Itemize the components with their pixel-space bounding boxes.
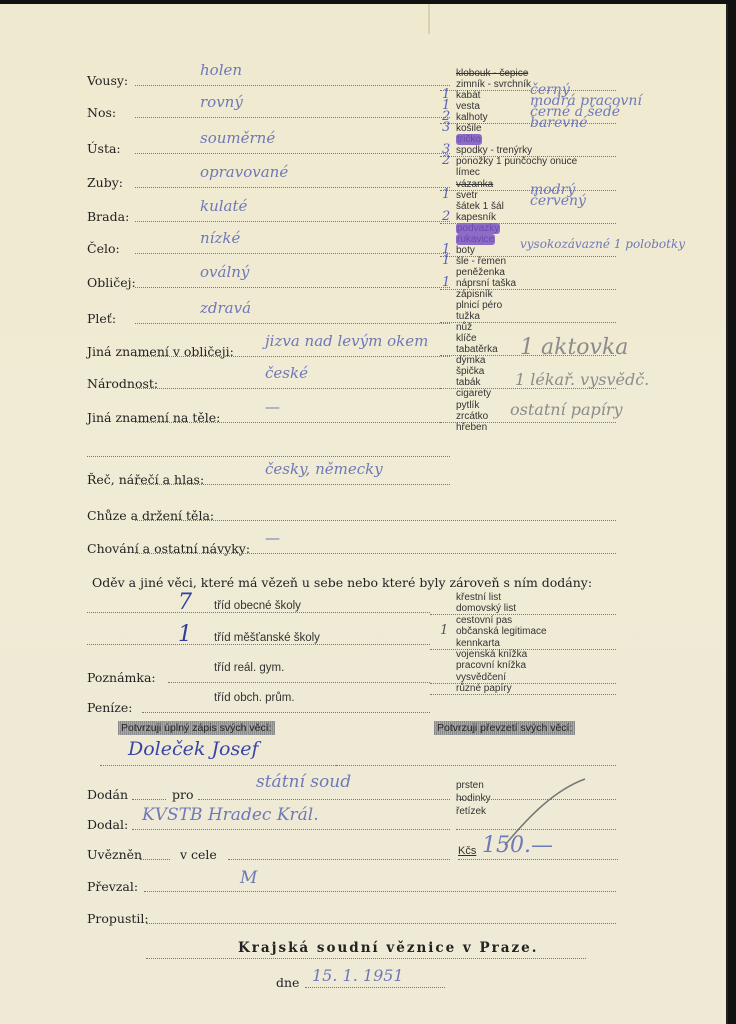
clothing-item: tričko: [456, 134, 482, 145]
field-label: Nos:: [87, 105, 116, 120]
wallet-note: 1 aktovka: [520, 335, 628, 360]
document-item: různé papíry: [456, 683, 512, 694]
poznamka-label: Poznámka:: [87, 670, 156, 685]
clothing-item: kabát: [456, 90, 480, 101]
clothing-item: nůž: [456, 322, 472, 333]
clothing-item: svetr: [456, 190, 478, 201]
field-value: zdravá: [200, 299, 251, 317]
dodan-value: státní soud: [256, 772, 351, 792]
dne-label: dne: [276, 975, 299, 990]
field-label: Zuby:: [87, 175, 123, 190]
document-item: cestovní pas: [456, 615, 512, 626]
wallet-note: ostatní papíry: [510, 400, 623, 419]
clothing-item: dýmka: [456, 355, 485, 366]
stamp-left: Potvrzuji úplný zápis svých věcí:: [118, 721, 275, 735]
clothing-note: barevné: [530, 115, 588, 131]
clothing-qty: 2: [442, 153, 450, 168]
field-label: Pleť:: [87, 311, 116, 326]
field-value: holen: [200, 61, 242, 79]
clothing-item: kapesník: [456, 212, 496, 223]
clothing-item: límec: [456, 167, 480, 178]
field-label: Brada:: [87, 209, 129, 224]
clothing-item: cigarety: [456, 388, 491, 399]
field-value: —: [265, 529, 280, 547]
prevzal-value: M: [240, 868, 257, 888]
clothing-qty: 2: [442, 209, 450, 224]
clothing-item: tužka: [456, 311, 480, 322]
dodal-value: KVSTB Hradec Král.: [142, 805, 319, 825]
clothing-item: šle - řemen: [456, 256, 506, 267]
cele-label: v cele: [180, 847, 217, 862]
clothing-item: kalhoty: [456, 112, 488, 123]
document-item: domovský list: [456, 603, 516, 614]
field-value: rovný: [200, 93, 243, 111]
pro-label: pro: [172, 787, 194, 802]
clothing-item: košile: [456, 123, 482, 134]
clothing-note: červený: [530, 193, 586, 209]
clothing-item: hřeben: [456, 422, 487, 433]
education-label: tříd měšťanské školy: [214, 632, 320, 644]
clothing-item: plnicí péro: [456, 300, 502, 311]
clothing-note: vysokozávazné 1 polobotky: [520, 237, 685, 251]
clothing-qty: 1: [442, 253, 450, 268]
prevzal-label: Převzal:: [87, 879, 138, 894]
clothing-qty: 1: [442, 187, 450, 202]
education-count: 1: [178, 622, 192, 647]
document-item: pracovní knížka: [456, 660, 526, 671]
dodan-label: Dodán: [87, 787, 128, 802]
money-label: Kčs: [458, 845, 476, 857]
field-value: česky, německy: [265, 460, 383, 478]
clothing-item: vesta: [456, 101, 480, 112]
dodal-label: Dodal:: [87, 817, 128, 832]
field-label: Vousy:: [87, 73, 128, 88]
clothing-item: špička: [456, 366, 484, 377]
field-value: opravované: [200, 163, 288, 181]
field-label: Čelo:: [87, 241, 120, 256]
field-value: kulaté: [200, 197, 247, 215]
valuable-item: prsten: [456, 780, 484, 791]
institution-title: Krajská soudní věznice v Praze.: [238, 940, 538, 956]
clothing-item: boty: [456, 245, 475, 256]
belongings-heading: Oděv a jiné věci, které má vězeň u sebe …: [92, 575, 592, 590]
paper-tear: [428, 4, 430, 34]
valuable-item: řetízek: [456, 806, 486, 817]
field-value: —: [265, 398, 280, 416]
clothing-item: rukavice: [456, 234, 495, 245]
clothing-item: klíče: [456, 333, 477, 344]
clothing-item: zrcátko: [456, 411, 488, 422]
uveznen-label: Uvězněn: [87, 847, 142, 862]
document-qty: 1: [440, 623, 448, 638]
document-item: vysvědčení: [456, 672, 506, 683]
clothing-item: šátek 1 šál: [456, 201, 504, 212]
wallet-note: 1 lékař. vysvědč.: [515, 370, 649, 389]
education-label: tříd obecné školy: [214, 600, 301, 612]
prisoner-signature: Doleček Josef: [128, 738, 259, 760]
money-value: 150.—: [482, 833, 553, 858]
clothing-qty: 3: [442, 120, 450, 135]
field-label: Obličej:: [87, 275, 136, 290]
clothing-item: ponožky 1 punčochy onuce: [456, 156, 577, 167]
clothing-item: náprsní taška: [456, 278, 516, 289]
document-item: vojenská knížka: [456, 649, 527, 660]
clothing-item: podvazky: [456, 223, 500, 234]
field-value: nízké: [200, 229, 240, 247]
stamp-right: Potvrzuji převzetí svých věcí:: [434, 721, 575, 735]
clothing-item: tabák: [456, 377, 480, 388]
document-item: občanská legitimace: [456, 626, 547, 637]
clothing-item: tabatěrka: [456, 344, 498, 355]
clothing-item: spodky - trenýrky: [456, 145, 532, 156]
field-label: Ústa:: [87, 141, 121, 156]
date-value: 15. 1. 1951: [312, 966, 404, 985]
field-value: oválný: [200, 263, 249, 281]
propustil-label: Propustil:: [87, 911, 149, 926]
clothing-qty: 1: [442, 275, 450, 290]
education-label: tříd reál. gym.: [214, 662, 284, 674]
clothing-item: peněženka: [456, 267, 505, 278]
education-count: 7: [178, 590, 192, 615]
field-value: jizva nad levým okem: [265, 332, 428, 350]
penize-label: Peníze:: [87, 700, 133, 715]
clothing-item: zimník - svrchník: [456, 79, 531, 90]
clothing-item: pytlík: [456, 400, 479, 411]
clothing-item: zápisník: [456, 289, 493, 300]
field-value: souměrné: [200, 129, 275, 147]
education-label: tříd obch. prům.: [214, 692, 295, 704]
clothing-item: klobouk - čepice: [456, 68, 528, 79]
field-value: české: [265, 364, 308, 382]
document-item: křestní list: [456, 592, 501, 603]
document-item: kennkarta: [456, 638, 500, 649]
clothing-item: vázanka: [456, 179, 493, 190]
